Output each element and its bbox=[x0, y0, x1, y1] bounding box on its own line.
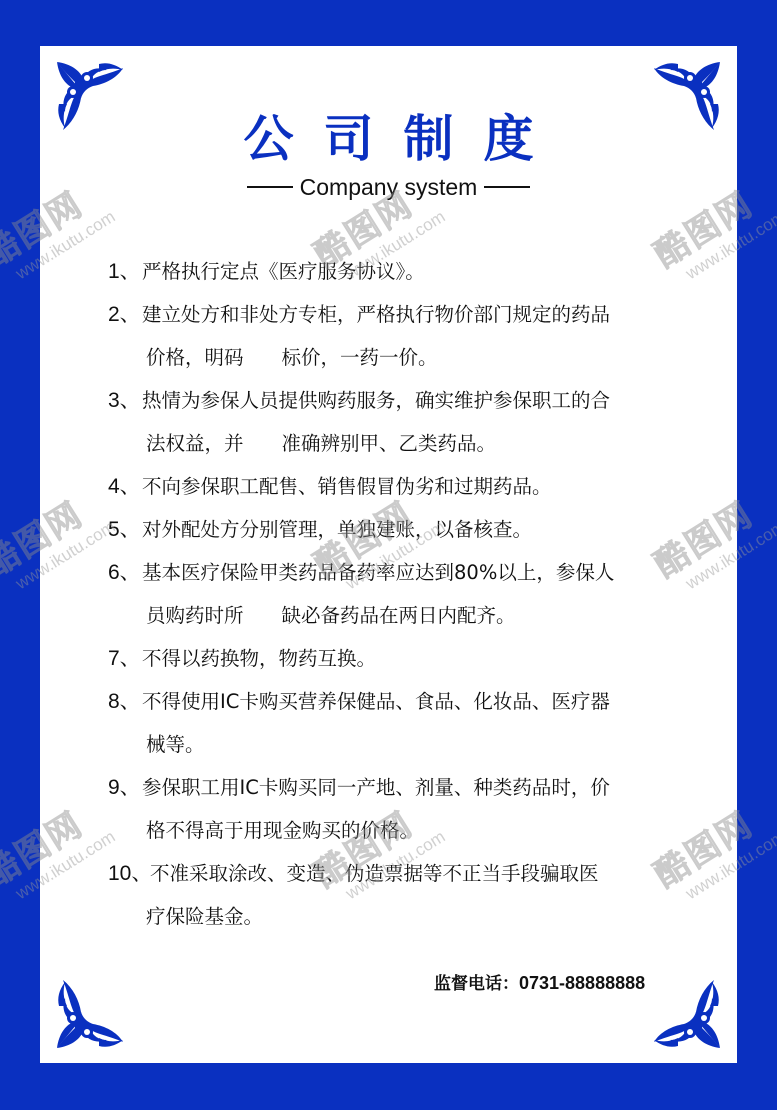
rule-9: 9、参保职工用IC卡购买同一产地、剂量、种类药品时，价 bbox=[108, 766, 688, 809]
rules-list: 1、严格执行定点《医疗服务协议》。 2、建立处方和非处方专柜，严格执行物价部门规… bbox=[108, 250, 688, 938]
corner-ornament-bottom-right-icon bbox=[646, 974, 724, 1052]
rule-text: 热情为参保人员提供购药服务，确实维护参保职工的合 bbox=[142, 389, 610, 412]
rule-3-continued: 法权益，并准确辨别甲、乙类药品。 bbox=[108, 422, 688, 465]
rule-text: 不准采取涂改、变造、伪造票据等不正当手段骗取医 bbox=[150, 862, 599, 885]
rule-10: 10、不准采取涂改、变造、伪造票据等不正当手段骗取医 bbox=[108, 852, 688, 895]
rule-2: 2、建立处方和非处方专柜，严格执行物价部门规定的药品 bbox=[108, 293, 688, 336]
rule-text: 不向参保职工配售、销售假冒伪劣和过期药品。 bbox=[142, 475, 552, 498]
rule-4: 4、不向参保职工配售、销售假冒伪劣和过期药品。 bbox=[108, 465, 688, 508]
rule-text: 械等。 bbox=[146, 733, 205, 756]
rule-text: 格不得高于用现金购买的价格。 bbox=[146, 819, 419, 842]
rule-text: 建立处方和非处方专柜，严格执行物价部门规定的药品 bbox=[142, 303, 610, 326]
rule-1: 1、严格执行定点《医疗服务协议》。 bbox=[108, 250, 688, 293]
subtitle-dash-left bbox=[247, 186, 293, 188]
rule-10-continued: 疗保险基金。 bbox=[108, 895, 688, 938]
rule-text: 员购药时所 bbox=[146, 604, 244, 627]
rule-text: 参保职工用IC卡购买同一产地、剂量、种类药品时，价 bbox=[142, 776, 610, 799]
rule-number: 8、 bbox=[108, 680, 142, 723]
rule-8: 8、不得使用IC卡购买营养保健品、食品、化妆品、医疗器 bbox=[108, 680, 688, 723]
rule-number: 4、 bbox=[108, 465, 142, 508]
rule-text: 法权益，并 bbox=[146, 432, 244, 455]
page-subtitle: Company system bbox=[0, 172, 777, 202]
rule-number: 5、 bbox=[108, 508, 142, 551]
rule-3: 3、热情为参保人员提供购药服务，确实维护参保职工的合 bbox=[108, 379, 688, 422]
rule-5: 5、对外配处方分别管理，单独建账，以备核查。 bbox=[108, 508, 688, 551]
rule-text: 价格，明码 bbox=[146, 346, 244, 369]
rule-text: 严格执行定点《医疗服务协议》。 bbox=[142, 260, 425, 283]
rule-text: 对外配处方分别管理，单独建账，以备核查。 bbox=[142, 518, 532, 541]
rule-8-continued: 械等。 bbox=[108, 723, 688, 766]
rule-number: 9、 bbox=[108, 766, 142, 809]
subtitle-dash-right bbox=[484, 186, 530, 188]
rule-number: 3、 bbox=[108, 379, 142, 422]
rule-6: 6、基本医疗保险甲类药品备药率应达到80%以上，参保人 bbox=[108, 551, 688, 594]
rule-number: 1、 bbox=[108, 250, 142, 293]
rule-2-continued: 价格，明码标价，一药一价。 bbox=[108, 336, 688, 379]
page-title: 公司制度 bbox=[0, 108, 777, 170]
rule-9-continued: 格不得高于用现金购买的价格。 bbox=[108, 809, 688, 852]
supervision-phone: 监督电话：0731-88888888 bbox=[434, 970, 645, 997]
rule-text: 疗保险基金。 bbox=[146, 905, 263, 928]
rule-text: 不得以药换物，物药互换。 bbox=[142, 647, 376, 670]
rule-number: 10、 bbox=[108, 852, 150, 895]
rule-number: 6、 bbox=[108, 551, 142, 594]
rule-text: 缺必备药品在两日内配齐。 bbox=[282, 604, 516, 627]
rule-text: 基本医疗保险甲类药品备药率应达到80%以上，参保人 bbox=[142, 561, 614, 584]
rule-number: 2、 bbox=[108, 293, 142, 336]
rule-text: 准确辨别甲、乙类药品。 bbox=[282, 432, 497, 455]
phone-label: 监督电话： bbox=[434, 974, 519, 994]
rule-number: 7、 bbox=[108, 637, 142, 680]
corner-ornament-bottom-left-icon bbox=[53, 974, 131, 1052]
subtitle-text: Company system bbox=[300, 172, 478, 202]
phone-number: 0731-88888888 bbox=[519, 973, 645, 993]
rule-7: 7、不得以药换物，物药互换。 bbox=[108, 637, 688, 680]
rule-text: 标价，一药一价。 bbox=[282, 346, 438, 369]
rule-text: 不得使用IC卡购买营养保健品、食品、化妆品、医疗器 bbox=[142, 690, 610, 713]
rule-6-continued: 员购药时所缺必备药品在两日内配齐。 bbox=[108, 594, 688, 637]
